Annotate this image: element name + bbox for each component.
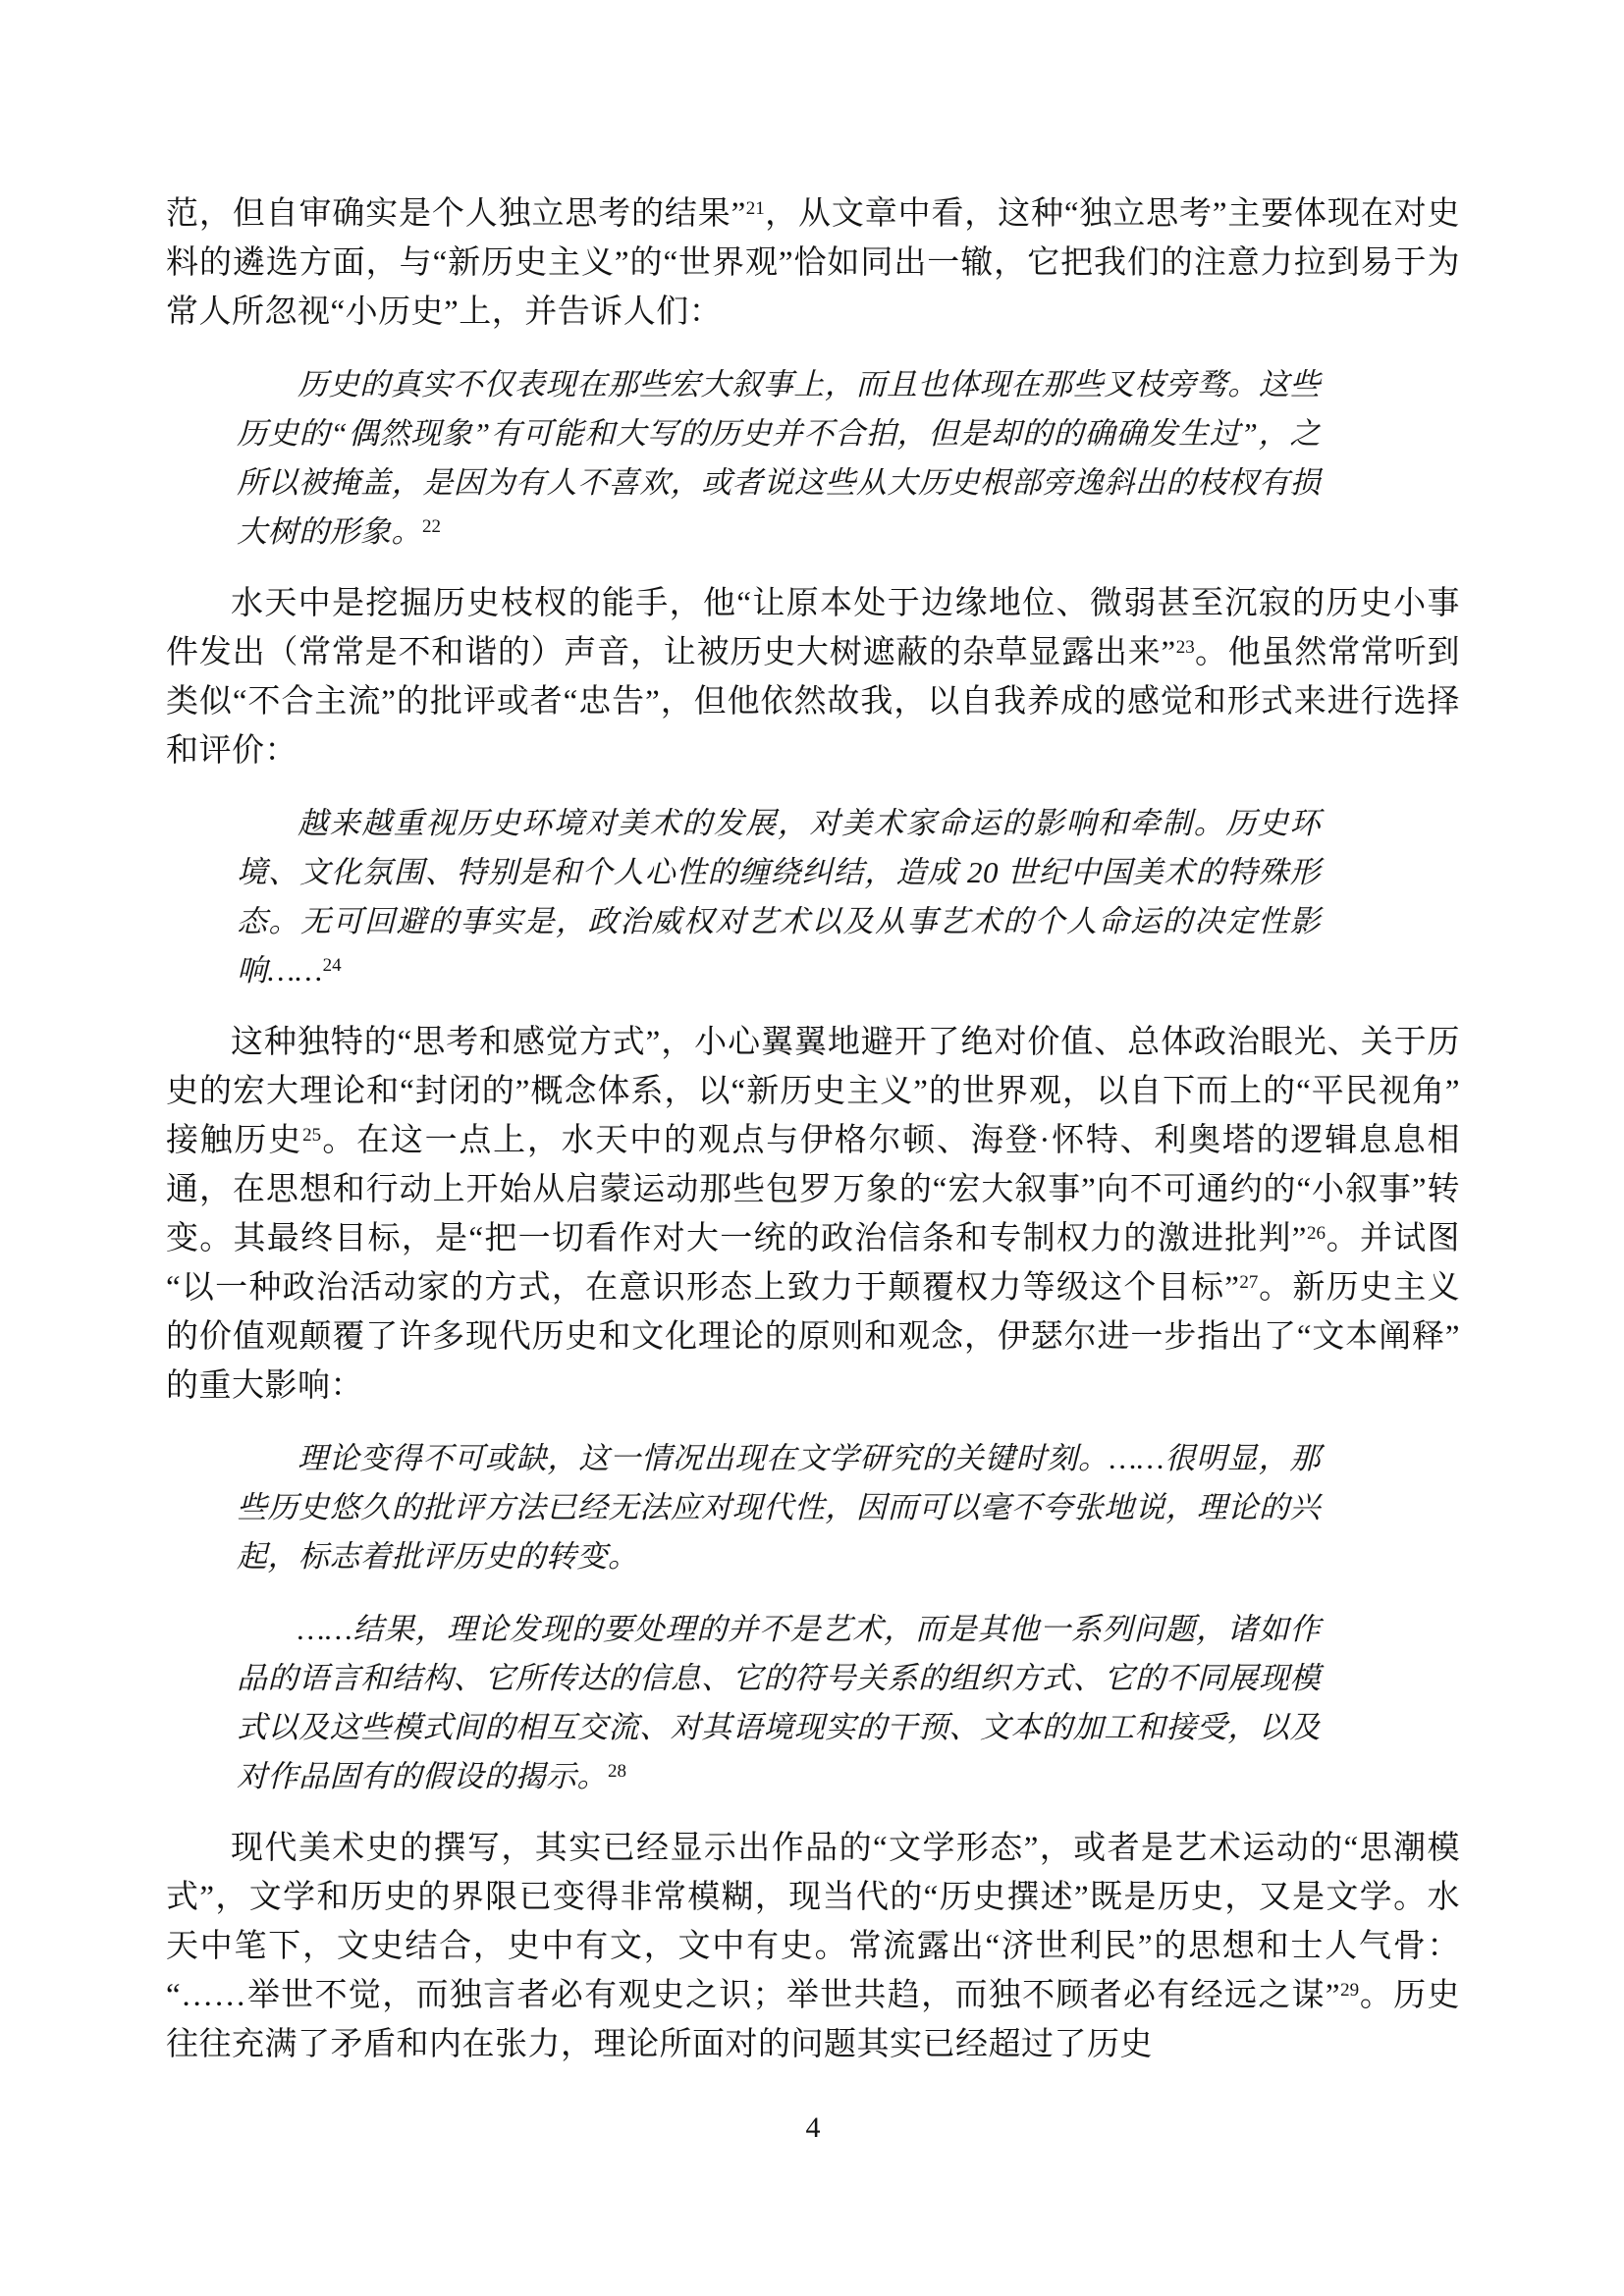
page-number: 4 xyxy=(806,2111,821,2144)
footnote-reference: 23 xyxy=(1176,637,1195,658)
footnote-reference: 29 xyxy=(1340,1980,1359,2001)
footnote-reference: 28 xyxy=(608,1761,626,1782)
page-footer: 4 xyxy=(166,2110,1460,2146)
block-quote-2: 越来越重视历史环境对美术的发展，对美术家命运的影响和牵制。历史环境、文化氛围、特… xyxy=(237,799,1321,995)
body-paragraph-3: 这种独特的“思考和感觉方式”，小心翼翼地避开了绝对价值、总体政治眼光、关于历史的… xyxy=(166,1018,1460,1411)
block-quote-4: ……结果，理论发现的要处理的并不是艺术，而是其他一系列问题，诸如作品的语言和结构… xyxy=(237,1605,1321,1801)
page-text-area: 范，但自审确实是个人独立思考的结果”21，从文章中看，这种“独立思考”主要体现在… xyxy=(166,189,1460,2069)
footnote-reference: 26 xyxy=(1307,1223,1326,1244)
footnote-reference: 27 xyxy=(1239,1272,1258,1293)
footnote-reference: 22 xyxy=(422,516,441,537)
footnote-reference: 24 xyxy=(323,955,342,976)
body-paragraph-1: 范，但自审确实是个人独立思考的结果”21，从文章中看，这种“独立思考”主要体现在… xyxy=(166,189,1460,337)
body-paragraph-2: 水天中是挖掘历史枝杈的能手，他“让原本处于边缘地位、微弱甚至沉寂的历史小事件发出… xyxy=(166,579,1460,775)
footnote-reference: 21 xyxy=(746,198,765,219)
footnote-reference: 25 xyxy=(302,1125,321,1146)
body-paragraph-4: 现代美术史的撰写，其实已经显示出作品的“文学形态”，或者是艺术运动的“思潮模式”… xyxy=(166,1824,1460,2069)
block-quote-1: 历史的真实不仅表现在那些宏大叙事上，而且也体现在那些叉枝旁骛。这些历史的“偶然现… xyxy=(237,360,1321,557)
document-page: 范，但自审确实是个人独立思考的结果”21，从文章中看，这种“独立思考”主要体现在… xyxy=(0,0,1624,2296)
block-quote-3: 理论变得不可或缺，这一情况出现在文学研究的关键时刻。……很明显，那些历史悠久的批… xyxy=(237,1434,1321,1581)
